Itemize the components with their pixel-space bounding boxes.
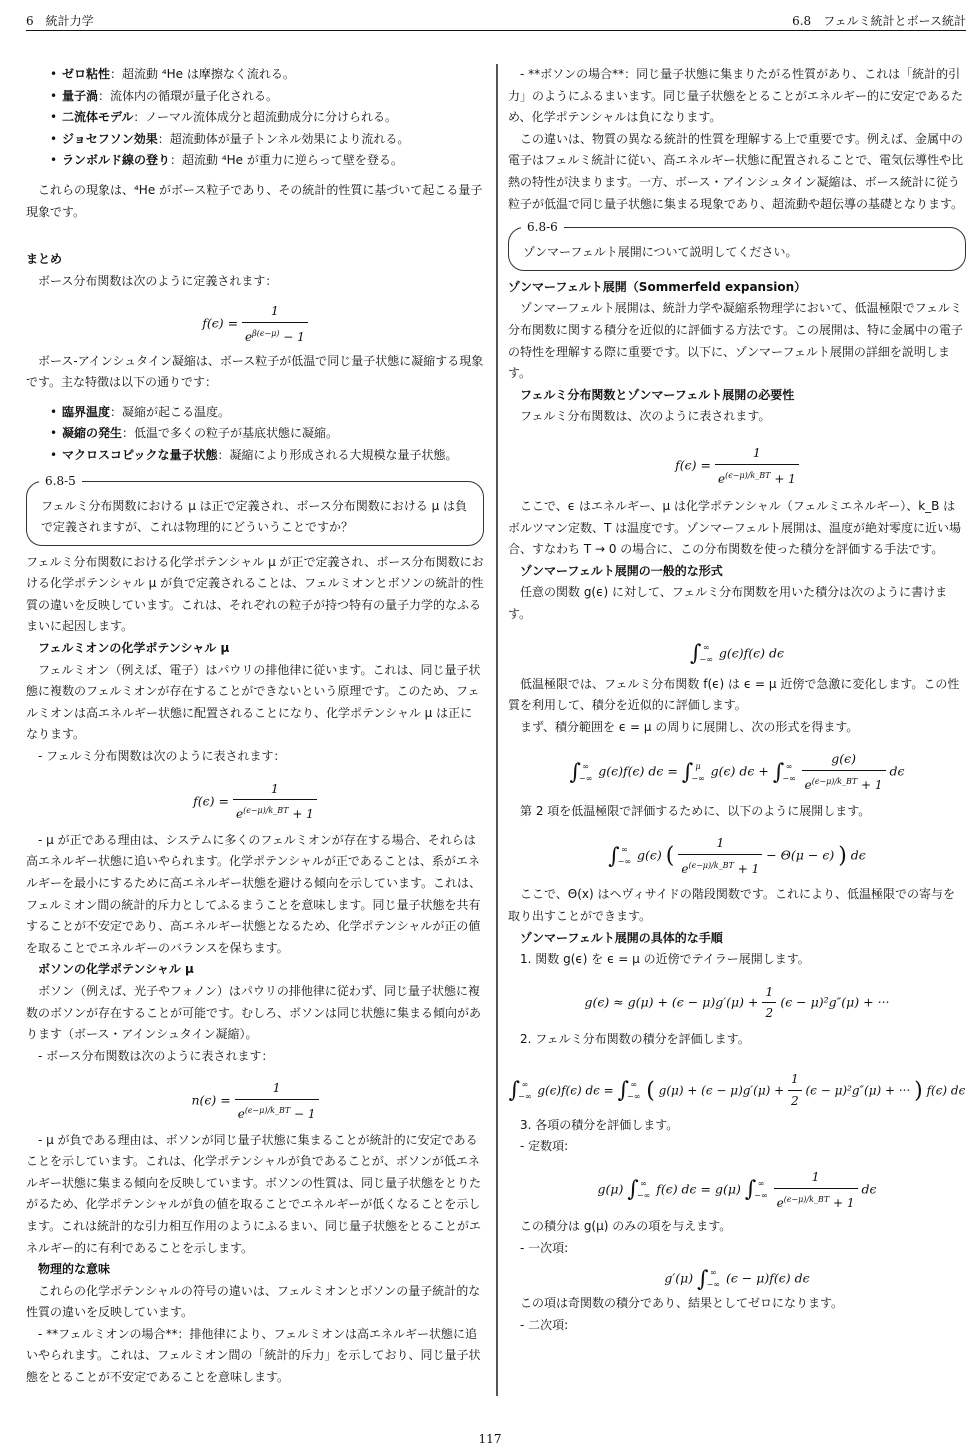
- sommerfeld-intro: ゾンマーフェルト展開は、統計力学や凝縮系物理学において、低温極限でフェルミ分布関…: [508, 298, 966, 384]
- eq-tail: (ϵ − μ)²g″(μ) + ···: [780, 994, 889, 1009]
- upper-limit: ∞: [782, 761, 795, 773]
- left-paren: (: [666, 844, 675, 869]
- second-term-intro: 第 2 項を低温極限で評価するために、以下のように展開します。: [508, 801, 966, 823]
- eq-tail: dϵ: [861, 1182, 876, 1197]
- question-text: フェルミ分布関数における μ は正で定義され、ボース分布関数における μ は負で…: [41, 496, 469, 539]
- phenomena-paragraph: これらの現象は、⁴He がボース粒子であり、その統計的性質に基づいて起こる量子現…: [26, 180, 484, 223]
- equation-fermi: f(ϵ) = 1 e(ϵ−μ)/k_BT + 1: [508, 442, 966, 490]
- description: ：超流動 ⁴He は摩擦なく流れる。: [110, 67, 295, 81]
- eq-tail: f(ϵ) dϵ: [927, 1083, 966, 1097]
- integral-limits: ∞−∞: [627, 1079, 640, 1103]
- general-form-heading: ゾンマーフェルト展開の一般的な形式: [508, 561, 966, 583]
- lower-limit: −∞: [699, 654, 712, 666]
- equation-integral: ∫∞−∞ g(ϵ)f(ϵ) dϵ: [508, 642, 966, 666]
- fraction: 1 e(ϵ−μ)/k_BT + 1: [233, 778, 317, 826]
- question-text: ゾンマーフェルト展開について説明してください。: [523, 242, 951, 264]
- numerator: 1: [233, 778, 317, 801]
- fermion-case: - **フェルミオンの場合**：排他律により、フェルミオンは高エネルギー状態に追…: [26, 1324, 484, 1389]
- term: 量子渦: [62, 89, 98, 103]
- list-item: 量子渦：流体内の循環が量子化される。: [62, 86, 484, 108]
- description: ：超流動体が量子トンネル効果により流れる。: [158, 132, 410, 146]
- sommerfeld-heading: ゾンマーフェルト展開（Sommerfeld expansion）: [508, 277, 966, 299]
- term: ランボルド線の登り: [62, 153, 170, 167]
- left-paren: (: [646, 1078, 655, 1103]
- description: ：流体内の循環が量子化される。: [98, 89, 278, 103]
- exp-base: e: [805, 778, 812, 792]
- constant-term-label: - 定数項:: [508, 1136, 966, 1158]
- step-2: 2. フェルミ分布関数の積分を評価します。: [508, 1029, 966, 1051]
- section-title: フェルミ統計とボース統計: [823, 14, 966, 28]
- integral-sign: ∫: [509, 1078, 520, 1103]
- den-tail: + 1: [738, 862, 760, 876]
- integral-sign: ∫: [618, 1078, 629, 1103]
- section-number: 6.8: [792, 14, 811, 28]
- left-column: ゼロ粘性：超流動 ⁴He は摩擦なく流れる。 量子渦：流体内の循環が量子化される…: [26, 64, 484, 1389]
- denominator: e(ϵ−μ)/k_BT + 1: [774, 1189, 858, 1215]
- numerator: 1: [235, 1077, 319, 1100]
- answer-intro: フェルミ分布関数における化学ポテンシャル μ が正で定義され、ボース分布関数にお…: [26, 552, 484, 638]
- integral-sign: ∫: [745, 1177, 756, 1202]
- equation-bose: n(ϵ) = 1 e(ϵ−μ)/k_BT − 1: [26, 1077, 484, 1125]
- equation-taylor: g(ϵ) ≈ g(μ) + (ϵ − μ)g′(μ) + 12 (ϵ − μ)²…: [508, 981, 966, 1025]
- step-3: 3. 各項の積分を評価します。: [508, 1115, 966, 1137]
- list-item: 凝縮の発生：低温で多くの粒子が基底状態に凝縮。: [62, 423, 484, 445]
- den-tail: + 1: [774, 472, 796, 486]
- list-item: ランボルド線の登り：超流動 ⁴He が重力に逆らって壁を登る。: [62, 150, 484, 172]
- denominator: e(ϵ−μ)/k_BT + 1: [233, 800, 317, 826]
- list-item: ゼロ粘性：超流動 ⁴He は摩擦なく流れる。: [62, 64, 484, 86]
- eq-lhs: g(ϵ)f(ϵ) dϵ =: [537, 1083, 613, 1097]
- integral-limits: ∞−∞: [699, 642, 712, 666]
- numerator: 1: [715, 442, 799, 465]
- page-number: 117: [0, 1432, 980, 1446]
- lower-limit: −∞: [782, 773, 795, 785]
- exponent: (ϵ−μ)/k_BT: [688, 861, 733, 870]
- quadratic-term-label: - 二次項:: [508, 1315, 966, 1337]
- den-tail: − 1: [283, 330, 305, 344]
- description: ：超流動 ⁴He が重力に逆らって壁を登る。: [170, 153, 403, 167]
- eq-tail: dϵ: [890, 764, 905, 779]
- lower-limit: −∞: [518, 1091, 531, 1103]
- boson-heading: ボソンの化学ポテンシャル μ: [26, 959, 484, 981]
- chapter-header: 6統計力学: [26, 12, 94, 29]
- bec-feature-list: 臨界温度：凝縮が起こる温度。 凝縮の発生：低温で多くの粒子が基底状態に凝縮。 マ…: [26, 402, 484, 467]
- integrand: g(ϵ)f(ϵ) dϵ: [719, 645, 784, 660]
- fraction: 1 e(ϵ−μ)/k_BT + 1: [715, 442, 799, 490]
- exp-base: e: [777, 1196, 784, 1210]
- list-item: マクロスコピックな量子状態：凝縮により形成される大規模な量子状態。: [62, 445, 484, 467]
- fermi-dist-intro: - フェルミ分布関数は次のように表されます：: [26, 746, 484, 768]
- question-label: 6.8-5: [39, 472, 82, 490]
- description: ：低温で多くの粒子が基底状態に凝縮。: [122, 426, 338, 440]
- fermion-heading: フェルミオンの化学ポテンシャル μ: [26, 638, 484, 660]
- general-form-intro: 任意の関数 g(ϵ) に対して、フェルミ分布関数を用いた積分は次のように書けます…: [508, 582, 966, 625]
- fermion-paragraph: フェルミオン（例えば、電子）はパウリの排他律に従います。これは、同じ量子状態に複…: [26, 660, 484, 746]
- running-header: 6統計力学 6.8フェルミ統計とボース統計: [26, 0, 966, 31]
- eq-inner-tail: (ϵ − μ)²g″(μ) + ···: [805, 1083, 910, 1097]
- description: ：凝縮により形成される大規模な量子状態。: [218, 448, 458, 462]
- column-divider: [496, 64, 498, 1396]
- fraction: 1 e(ϵ−μ)/k_BT − 1: [235, 1077, 319, 1125]
- eq-inner: g(μ) + (ϵ − μ)g′(μ) +: [659, 1083, 785, 1097]
- numerator: 1: [762, 981, 776, 1004]
- question-box-6-8-6: 6.8-6 ゾンマーフェルト展開について説明してください。: [508, 227, 966, 271]
- fraction-half: 12: [788, 1069, 802, 1113]
- eq-lhs: g(μ): [597, 1182, 623, 1197]
- physical-meaning-heading: 物理的な意味: [26, 1259, 484, 1281]
- integral-limits: ∞−∞: [782, 761, 795, 785]
- numerator: 1: [678, 832, 762, 855]
- chapter-number: 6: [26, 14, 34, 28]
- fraction: 1 e(ϵ−μ)/k_BT + 1: [774, 1166, 858, 1214]
- bec-paragraph: ボース-アインシュタイン凝縮は、ボース粒子が低温で同じ量子状態に凝縮する現象です…: [26, 351, 484, 394]
- numerator: 1: [774, 1166, 858, 1189]
- eq-lhs: f(ϵ) =: [193, 793, 229, 808]
- exp-base: e: [238, 1107, 245, 1121]
- eq-post: − Θ(μ − ϵ): [766, 848, 834, 863]
- eq-mid: g(ϵ) dϵ +: [711, 764, 769, 779]
- list-item: 臨界温度：凝縮が起こる温度。: [62, 402, 484, 424]
- den-tail: + 1: [292, 807, 314, 821]
- integral-limits: ∞−∞: [754, 1178, 767, 1202]
- integral-sign: ∫: [608, 844, 619, 869]
- den-tail: − 1: [294, 1107, 316, 1121]
- exponent: (ϵ−μ)/k_BT: [812, 777, 857, 786]
- chapter-title: 統計力学: [46, 14, 94, 28]
- upper-limit: μ: [691, 761, 704, 773]
- term: 凝縮の発生: [62, 426, 122, 440]
- list-item: ジョセフソン効果：超流動体が量子トンネル効果により流れる。: [62, 129, 484, 151]
- integral-sign: ∫: [682, 760, 693, 785]
- boson-case: - **ボソンの場合**：同じ量子状態に集まりたがる性質があり、これは「統計的引…: [508, 64, 966, 129]
- eq-lhs: g(ϵ) ≈ g(μ) + (ϵ − μ)g′(μ) +: [584, 994, 758, 1009]
- section-header: 6.8フェルミ統計とボース統計: [792, 12, 966, 29]
- denominator: e(ϵ−μ)/k_BT − 1: [235, 1100, 319, 1126]
- physical-meaning-paragraph: これらの化学ポテンシャルの符号の違いは、フェルミオンとボソンの量子統計的な性質の…: [26, 1281, 484, 1324]
- eq-pre: g(ϵ): [637, 848, 662, 863]
- eq-mid: f(ϵ) dϵ = g(μ): [656, 1182, 741, 1197]
- equation-split: ∫∞−∞ g(ϵ)f(ϵ) dϵ = ∫μ−∞ g(ϵ) dϵ + ∫∞−∞ g…: [508, 748, 966, 796]
- fraction: 1 eβ(ϵ−μ) − 1: [242, 300, 308, 348]
- upper-limit: ∞: [627, 1079, 640, 1091]
- lower-limit: −∞: [627, 1091, 640, 1103]
- eq-body: (ϵ − μ)f(ϵ) dϵ: [726, 1271, 810, 1286]
- bose-definition-intro: ボース分布関数は次のように定義されます：: [26, 271, 484, 293]
- bose-dist-intro: - ボース分布関数は次のように表されます：: [26, 1046, 484, 1068]
- fraction: g(ϵ) e(ϵ−μ)/k_BT + 1: [802, 748, 886, 796]
- denominator: 2: [762, 1003, 776, 1025]
- den-tail: + 1: [833, 1196, 855, 1210]
- linear-term-result: この項は奇関数の積分であり、結果としてゼロになります。: [508, 1293, 966, 1315]
- lower-limit: −∞: [754, 1190, 767, 1202]
- description: ：ノーマル流体成分と超流動成分に分けられる。: [133, 110, 397, 124]
- symbols-paragraph: ここで、ϵ はエネルギー、μ は化学ポテンシャル（フェルミエネルギー）、k_B …: [508, 496, 966, 561]
- term: ゼロ粘性: [62, 67, 110, 81]
- lower-limit: −∞: [691, 773, 704, 785]
- linear-term-label: - 一次項:: [508, 1238, 966, 1260]
- low-temp-paragraph: 低温極限では、フェルミ分布関数 f(ϵ) は ϵ = μ 近傍で急激に変化します…: [508, 674, 966, 717]
- difference-paragraph: この違いは、物質の異なる統計的性質を理解する上で重要です。例えば、金属中の電子は…: [508, 129, 966, 215]
- right-column: - **ボソンの場合**：同じ量子状態に集まりたがる性質があり、これは「統計的引…: [508, 64, 966, 1337]
- expand-intro: まず、積分範囲を ϵ = μ の周りに展開し、次の形式を得ます。: [508, 717, 966, 739]
- eq-lhs: n(ϵ) =: [191, 1093, 230, 1108]
- description: ：凝縮が起こる温度。: [110, 405, 230, 419]
- step-1: 1. 関数 g(ϵ) を ϵ = μ の近傍でテイラー展開します。: [508, 949, 966, 971]
- upper-limit: ∞: [754, 1178, 767, 1190]
- procedure-heading: ゾンマーフェルト展開の具体的な手順: [508, 928, 966, 950]
- fermi-intro: フェルミ分布関数は、次のように表されます。: [508, 406, 966, 428]
- integral-sign: ∫: [627, 1177, 638, 1202]
- right-paren: ): [914, 1078, 923, 1103]
- equation-fermi: f(ϵ) = 1 e(ϵ−μ)/k_BT + 1: [26, 778, 484, 826]
- eq-lhs: g(ϵ)f(ϵ) dϵ =: [598, 764, 678, 779]
- denominator: eβ(ϵ−μ) − 1: [242, 323, 308, 349]
- superfluid-list: ゼロ粘性：超流動 ⁴He は摩擦なく流れる。 量子渦：流体内の循環が量子化される…: [26, 64, 484, 172]
- exponent: (ϵ−μ)/k_BT: [784, 1195, 829, 1204]
- upper-limit: ∞: [518, 1079, 531, 1091]
- denominator: e(ϵ−μ)/k_BT + 1: [802, 771, 886, 797]
- upper-limit: ∞: [699, 642, 712, 654]
- necessity-heading: フェルミ分布関数とゾンマーフェルト展開の必要性: [508, 385, 966, 407]
- exponent: β(ϵ−μ): [252, 329, 279, 338]
- question-label: 6.8-6: [521, 218, 564, 236]
- equation-heaviside: ∫∞−∞ g(ϵ) ( 1 e(ϵ−μ)/k_BT + 1 − Θ(μ − ϵ)…: [508, 832, 966, 880]
- integral-limits: μ−∞: [691, 761, 704, 785]
- fraction: 1 e(ϵ−μ)/k_BT + 1: [678, 832, 762, 880]
- term: 臨界温度: [62, 405, 110, 419]
- denominator: 2: [788, 1091, 802, 1113]
- exponent: (ϵ−μ)/k_BT: [245, 1106, 290, 1115]
- integral-sign: ∫: [773, 760, 784, 785]
- integral-limits: ∞−∞: [518, 1079, 531, 1103]
- summary-heading: まとめ: [26, 249, 484, 271]
- numerator: 1: [242, 300, 308, 323]
- eq-lhs: f(ϵ) =: [202, 316, 238, 331]
- equation-bose-beta: f(ϵ) = 1 eβ(ϵ−μ) − 1: [26, 300, 484, 348]
- exponent: (ϵ−μ)/k_BT: [243, 806, 288, 815]
- denominator: e(ϵ−μ)/k_BT + 1: [678, 855, 762, 881]
- integral-sign: ∫: [690, 641, 701, 666]
- equation-linear-term: g′(μ) ∫∞−∞ (ϵ − μ)f(ϵ) dϵ: [508, 1267, 966, 1291]
- equation-expanded: ∫∞−∞ g(ϵ)f(ϵ) dϵ = ∫∞−∞ ( g(μ) + (ϵ − μ)…: [496, 1069, 978, 1113]
- term: ジョセフソン効果: [62, 132, 158, 146]
- numerator: 1: [788, 1069, 802, 1092]
- den-tail: + 1: [861, 778, 883, 792]
- eq-tail: dϵ: [851, 848, 866, 863]
- boson-paragraph: ボソン（例えば、光子やフォノン）はパウリの排他律に従わず、同じ量子状態に複数のボ…: [26, 981, 484, 1046]
- denominator: e(ϵ−μ)/k_BT + 1: [715, 465, 799, 491]
- list-item: 二流体モデル：ノーマル流体成分と超流動成分に分けられる。: [62, 107, 484, 129]
- exponent: (ϵ−μ)/k_BT: [725, 471, 770, 480]
- question-box-6-8-5: 6.8-5 フェルミ分布関数における μ は正で定義され、ボース分布関数における…: [26, 481, 484, 546]
- integral-sign: ∫: [569, 760, 580, 785]
- term: 二流体モデル: [62, 110, 133, 124]
- equation-constant-term: g(μ) ∫∞−∞ f(ϵ) dϵ = g(μ) ∫∞−∞ 1 e(ϵ−μ)/k…: [508, 1166, 966, 1214]
- fermion-reason: - μ が正である理由は、システムに多くのフェルミオンが存在する場合、それらは高…: [26, 830, 484, 960]
- constant-term-result: この積分は g(μ) のみの項を与えます。: [508, 1216, 966, 1238]
- eq-lhs: f(ϵ) =: [675, 458, 711, 473]
- heaviside-paragraph: ここで、Θ(x) はヘヴィサイドの階段関数です。これにより、低温極限での寄与を取…: [508, 884, 966, 927]
- eq-lhs: g′(μ): [664, 1271, 693, 1286]
- fraction-half: 12: [762, 981, 776, 1025]
- boson-reason: - μ が負である理由は、ボソンが同じ量子状態に集まることが統計的に安定であるこ…: [26, 1130, 484, 1260]
- numerator: g(ϵ): [802, 748, 886, 771]
- integral-sign: ∫: [697, 1267, 708, 1292]
- term: マクロスコピックな量子状態: [62, 448, 218, 462]
- right-paren: ): [838, 844, 847, 869]
